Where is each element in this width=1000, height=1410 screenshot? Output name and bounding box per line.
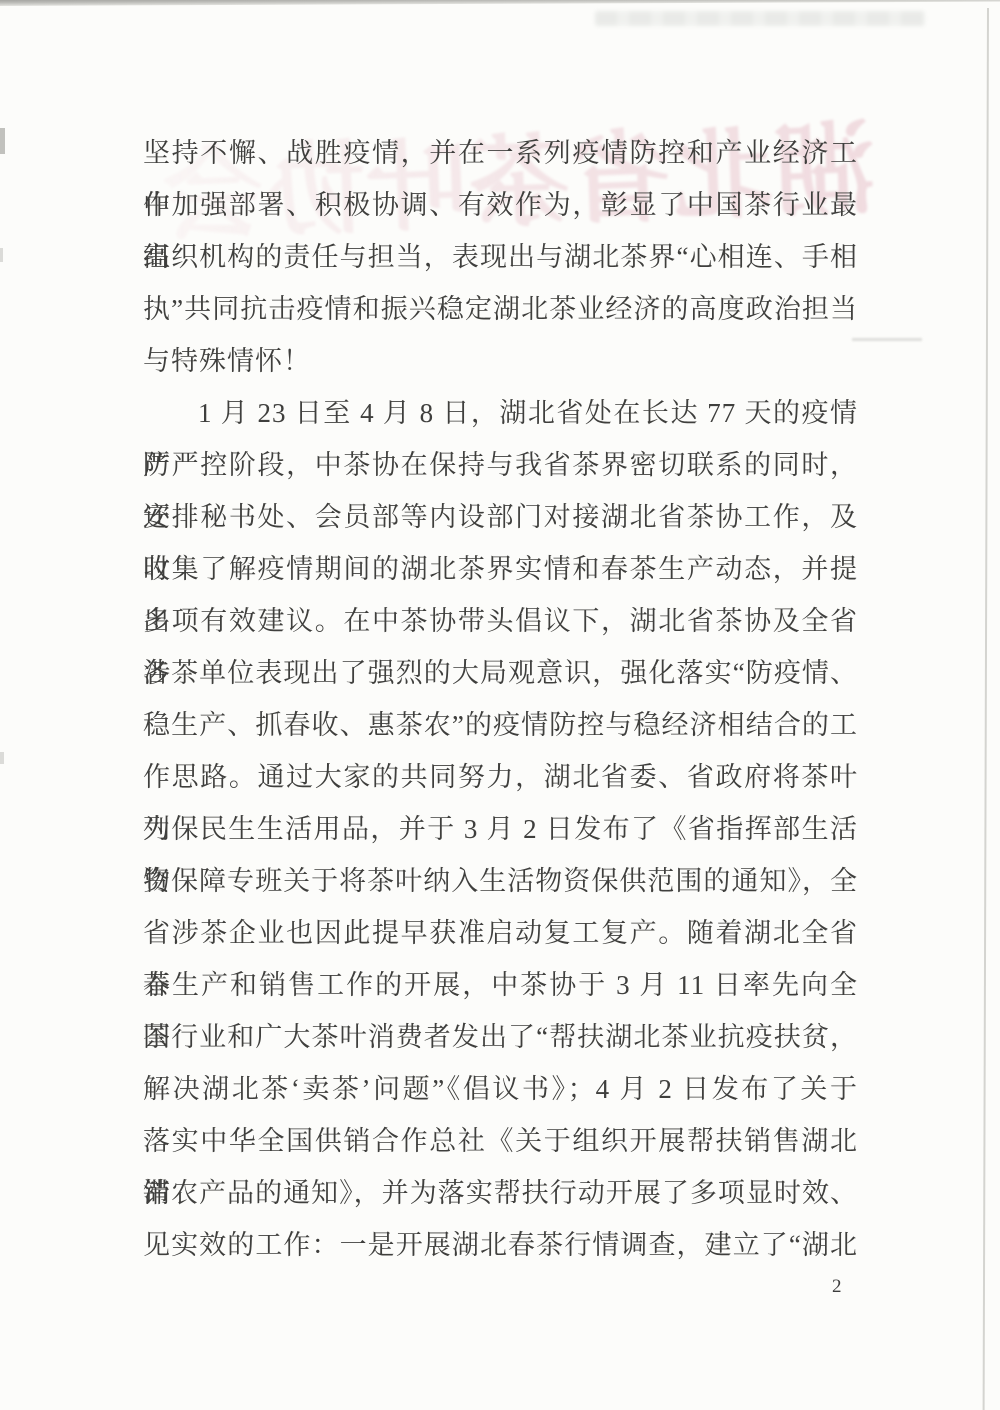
text-line: 与特殊情怀！ <box>143 335 858 387</box>
scanned-document-page: 湖北省茶叶协会 坚持不懈、战胜疫情，并在一系列疫情防控和产业经济工作 中加强部署… <box>0 0 1000 1410</box>
text-line: 解决湖北茶‘卖茶’问题”《倡议书》；4 月 2 日发布了关于 <box>143 1063 858 1115</box>
text-line: 省涉茶企业也因此提早获准启动复工复产。随着湖北全省春 <box>143 907 858 959</box>
page-number: 2 <box>832 1276 842 1298</box>
scan-bleedthrough-smudge <box>595 11 925 26</box>
text-line: 多项有效建议。在中茶协带头倡议下，湖北省茶协及全省各 <box>143 595 858 647</box>
text-line: 作思路。通过大家的共同努力，湖北省委、省政府将茶叶列 <box>143 751 858 803</box>
text-line: 中加强部署、积极协调、有效作为，彰显了中国茶行业最高 <box>143 179 858 231</box>
text-line: 茶生产和销售工作的开展，中茶协于 3 月 11 日率先向全国 <box>143 959 858 1011</box>
scan-mark <box>0 128 5 154</box>
text-line: 稳生产、抓春收、惠茶农”的疫情防控与稳经济相结合的工 <box>143 699 858 751</box>
text-line: 资保障专班关于将茶叶纳入生活物资保供范围的通知》，全 <box>143 855 858 907</box>
scan-edge-top <box>0 0 1000 6</box>
text-line: 为保民生生活用品，并于 3 月 2 日发布了《省指挥部生活物 <box>143 803 858 855</box>
text-line: 安排秘书处、会员部等内设部门对接湖北省茶协工作，及时 <box>143 491 858 543</box>
scan-mark <box>852 338 922 341</box>
scan-mark <box>0 752 4 764</box>
text-line: 见实效的工作：一是开展湖北春茶行情调查，建立了“湖北 <box>143 1219 858 1271</box>
text-line: 防严控阶段，中茶协在保持与我省茶界密切联系的同时，还 <box>143 439 858 491</box>
text-line: 执”共同抗击疫情和振兴稳定湖北茶业经济的高度政治担当 <box>143 283 858 335</box>
text-line: 收集了解疫情期间的湖北茶界实情和春茶生产动态，并提出 <box>143 543 858 595</box>
text-line: 茶行业和广大茶叶消费者发出了“帮扶湖北茶业抗疫扶贫， <box>143 1011 858 1063</box>
text-line: 涉茶单位表现出了强烈的大局观意识，强化落实“防疫情、 <box>143 647 858 699</box>
text-line: 坚持不懈、战胜疫情，并在一系列疫情防控和产业经济工作 <box>143 127 858 179</box>
scan-mark <box>0 248 3 262</box>
document-body: 坚持不懈、战胜疫情，并在一系列疫情防控和产业经济工作 中加强部署、积极协调、有效… <box>143 127 858 1271</box>
text-line: 销农产品的通知》，并为落实帮扶行动开展了多项显时效、 <box>143 1167 858 1219</box>
scan-edge-right <box>983 8 989 1410</box>
text-line: 组织机构的责任与担当，表现出与湖北茶界“心相连、手相 <box>143 231 858 283</box>
text-line: 1 月 23 日至 4 月 8 日，湖北省处在长达 77 天的疫情严 <box>143 387 858 439</box>
text-line: 落实中华全国供销合作总社《关于组织开展帮扶销售湖北滞 <box>143 1115 858 1167</box>
